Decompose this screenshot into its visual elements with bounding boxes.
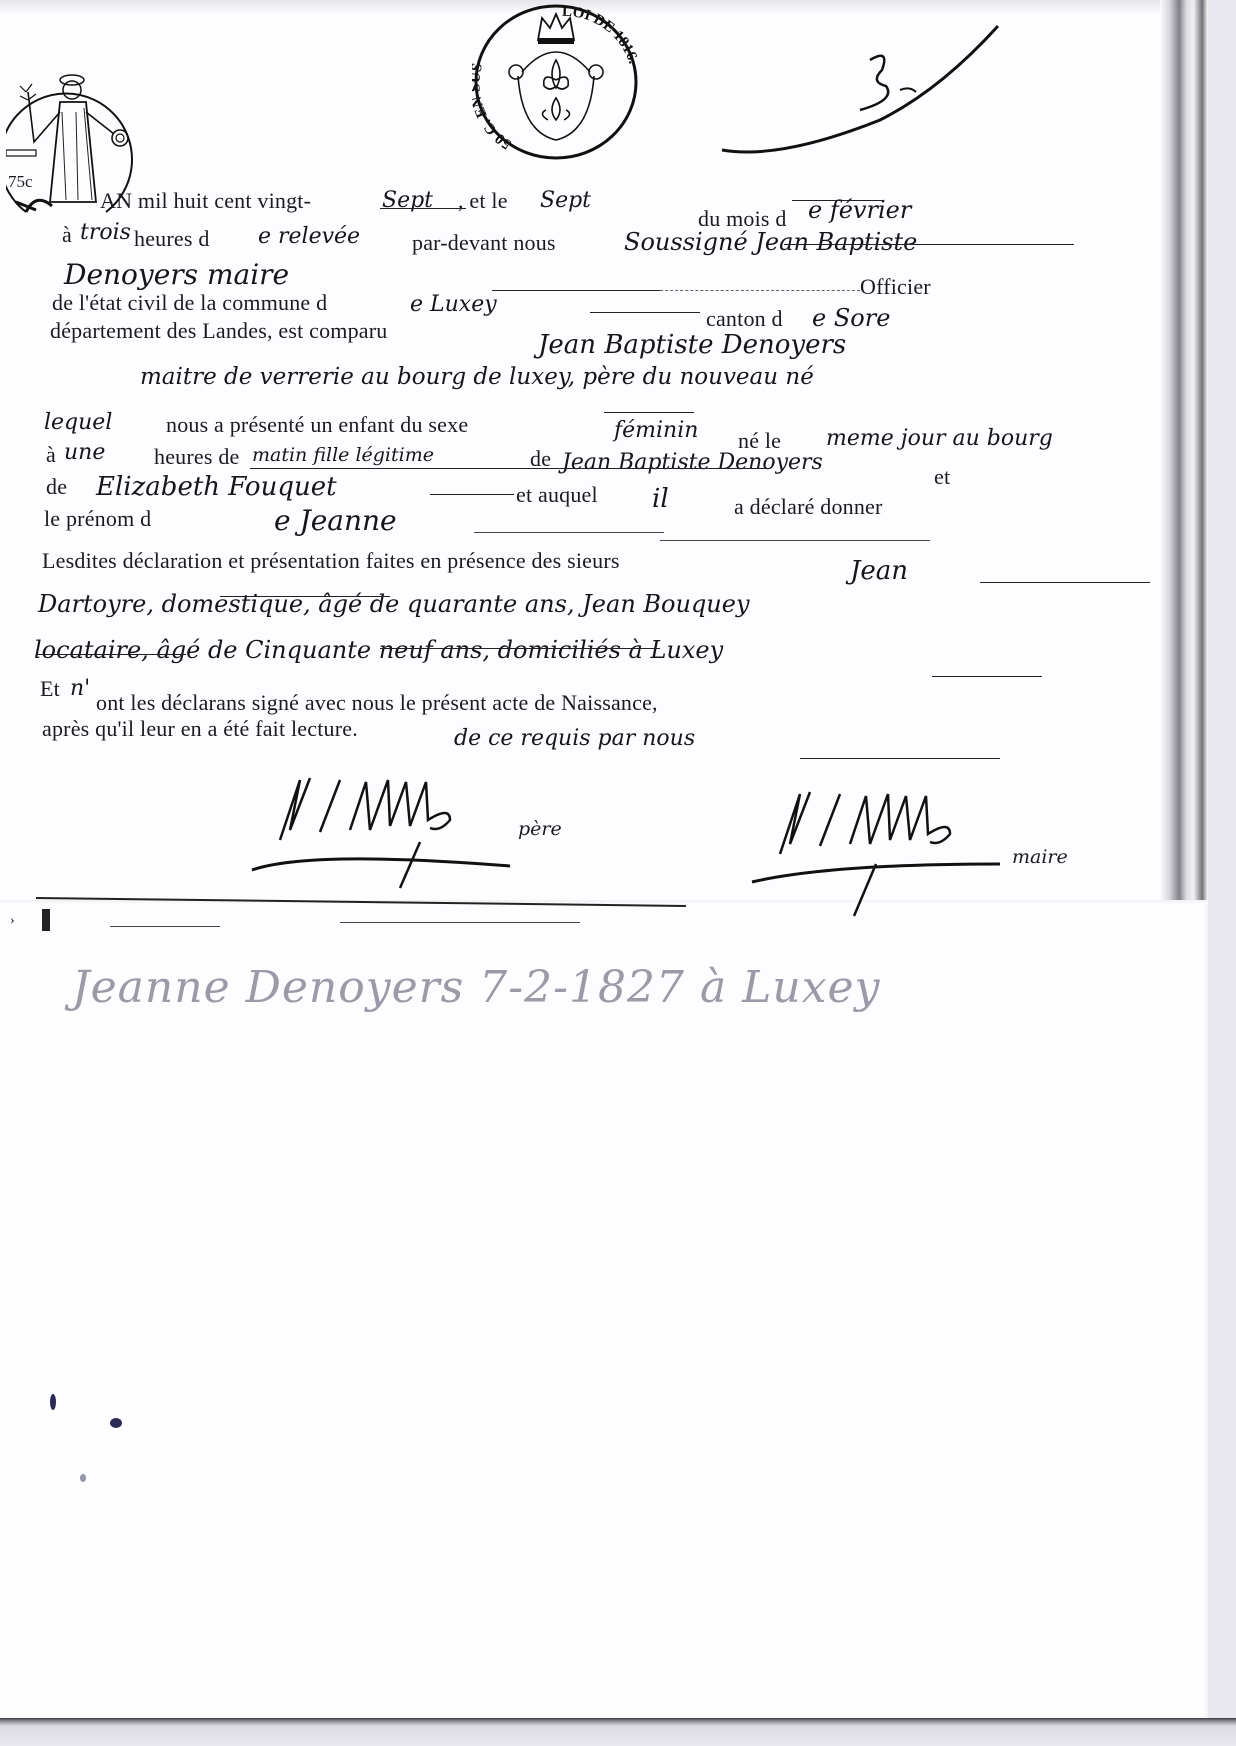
fill-rule <box>430 494 514 495</box>
print-presented-child: nous a présenté un enfant du sexe <box>166 412 468 438</box>
print-before-us: par-devant nous <box>412 230 556 256</box>
print-declared-give: a déclaré donner <box>734 494 883 520</box>
hw-hour: trois <box>80 220 131 245</box>
hw-period: e relevée <box>258 224 360 249</box>
strike-rule <box>36 654 186 655</box>
fill-rule <box>792 200 884 201</box>
print-and: Et <box>40 676 60 702</box>
closing-rule <box>110 926 220 927</box>
margin-mark <box>42 909 50 931</box>
strike-rule <box>220 596 390 597</box>
hw-mother: Elizabeth Fouquet <box>96 472 337 502</box>
print-at: à <box>46 442 56 468</box>
print-first-name: le prénom d <box>44 506 151 532</box>
hw-witness-first: Jean <box>850 556 908 586</box>
stamp-text-left: 50 C. EN SUS <box>472 62 514 152</box>
print-officer: Officier <box>860 274 931 300</box>
svg-text:50 C. EN SUS: 50 C. EN SUS <box>472 62 514 152</box>
signature-role-mayor: maire <box>1012 846 1068 868</box>
stamp-value-label: 75c <box>8 172 33 192</box>
margin-tick: › <box>10 913 15 929</box>
hw-witness-one: Dartoyre, domestique, âgé de quarante an… <box>38 590 750 618</box>
strike-rule <box>380 648 660 649</box>
scan-bottom-edge <box>0 1718 1236 1746</box>
hw-required-by-us: de ce requis par nous <box>454 726 695 751</box>
hw-canton: e Sore <box>812 304 890 332</box>
folio-number-mark <box>720 20 1010 160</box>
print-witnesses: Lesdites déclaration et présentation fai… <box>42 548 620 574</box>
hw-child-name: e Jeanne <box>274 504 397 537</box>
hw-sex: féminin <box>614 418 698 443</box>
fill-rule <box>932 676 1042 677</box>
scan-margin-right <box>1208 0 1236 1746</box>
pencil-annotation: Jeanne Denoyers 7-2-1827 à Luxey <box>72 962 880 1013</box>
hw-birth-place: meme jour au bourg <box>826 426 1053 451</box>
ink-spot <box>80 1474 86 1482</box>
fill-rule <box>474 532 664 533</box>
print-after-reading: après qu'il leur en a été fait lecture. <box>42 716 358 742</box>
ink-spot <box>50 1394 56 1410</box>
print-and-to-whom: et auquel <box>516 482 598 508</box>
signature-mayor <box>750 784 1050 920</box>
fill-rule <box>800 758 1000 759</box>
print-at: à <box>62 222 72 248</box>
print-and-the: , et le <box>458 188 508 214</box>
fill-rule <box>980 582 1150 583</box>
hw-year: Sept <box>382 188 433 213</box>
royal-tax-stamp-icon: 50 C. EN SUS LOI DE 1816. <box>472 2 640 160</box>
print-and: et <box>934 464 950 490</box>
hw-birth-period: matin fille légitime <box>252 444 434 466</box>
hw-birth-hour: une <box>64 440 105 465</box>
print-department: département des Landes, est comparu <box>50 318 387 344</box>
hw-father: Jean Baptiste Denoyers <box>562 450 823 475</box>
hw-witness-two: locataire, âgé de Cinquante neuf ans, do… <box>34 636 723 664</box>
hw-commune: e Luxey <box>410 292 497 317</box>
hw-pronoun: il <box>652 484 669 514</box>
fill-rule <box>250 468 770 469</box>
fill-rule <box>660 540 930 541</box>
signature-father <box>250 770 550 890</box>
print-civil-status: de l'état civil de la commune d <box>52 290 327 316</box>
hw-lequel: lequel <box>44 410 112 435</box>
hw-declarant-occupation: maitre de verrerie au bourg de luxey, pè… <box>140 364 814 390</box>
hw-officer-name: Soussigné Jean Baptiste <box>624 228 917 256</box>
print-hours-of: heures de <box>154 444 239 470</box>
paper-fold-edge <box>1160 0 1208 900</box>
fill-rule <box>604 412 694 413</box>
closing-rule <box>340 922 580 923</box>
print-of: de <box>46 474 67 500</box>
print-hours-of: heures d <box>134 226 210 252</box>
print-year-prefix: AN mil huit cent vingt- <box>100 188 311 214</box>
signature-role-father: père <box>518 818 562 840</box>
print-canton: canton d <box>706 306 783 332</box>
fill-rule <box>660 290 860 291</box>
hw-negation: n' <box>70 676 90 701</box>
fill-rule <box>492 290 660 291</box>
fill-rule <box>784 244 1074 245</box>
hw-declarant: Jean Baptiste Denoyers <box>538 330 846 360</box>
hw-officer-surname: Denoyers maire <box>64 258 289 291</box>
hw-day: Sept <box>540 188 591 213</box>
ink-spot <box>110 1418 122 1428</box>
fill-rule <box>380 208 466 209</box>
fill-rule <box>590 312 700 313</box>
print-signed: ont les déclarans signé avec nous le pré… <box>96 690 658 716</box>
